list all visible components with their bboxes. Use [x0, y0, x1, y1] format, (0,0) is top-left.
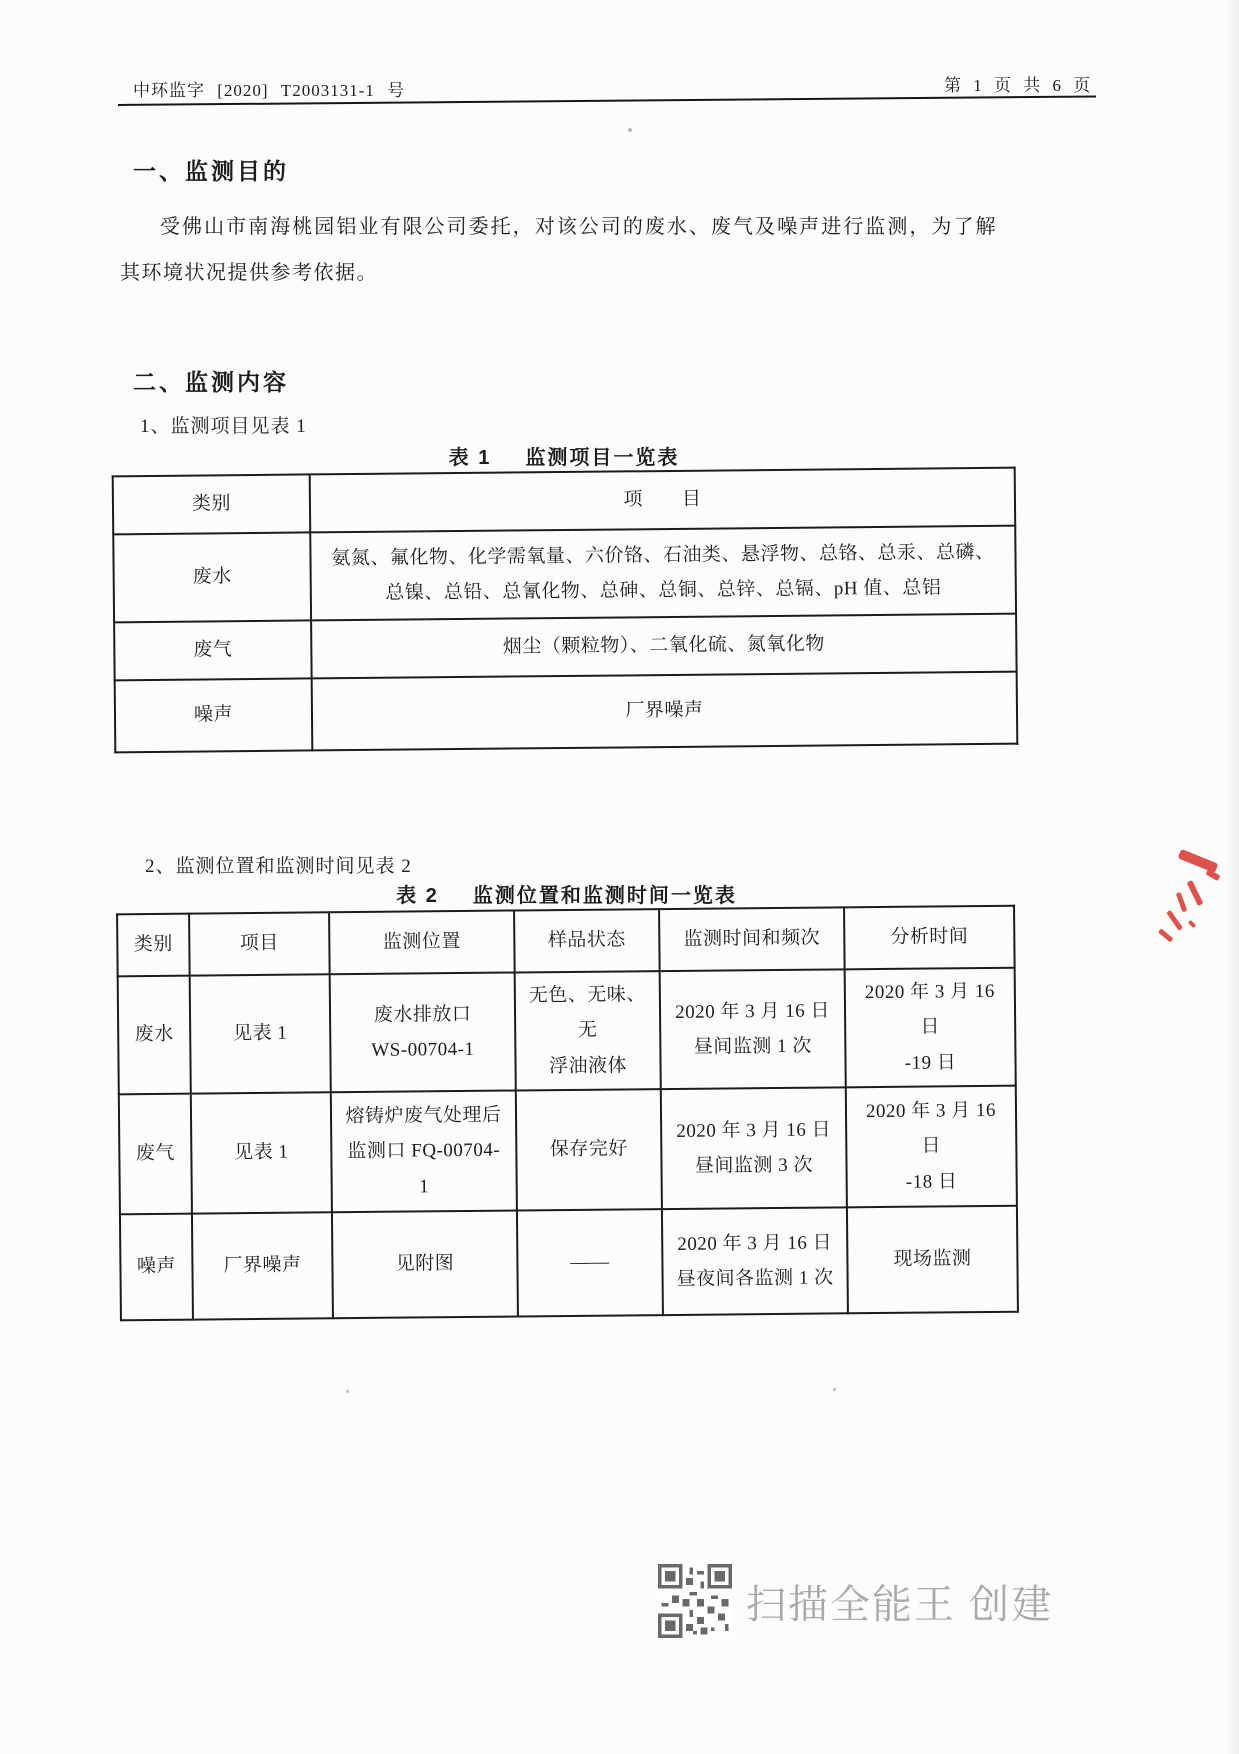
table2-col-monitor-time: 监测时间和频次 [659, 907, 845, 971]
table2-row0-category: 废水 [118, 976, 191, 1095]
page-indicator: 第 1 页 共 6 页 [944, 71, 1092, 96]
table2-caption-label: 表 2 [396, 885, 439, 907]
table2-row1-analysis-time: 2020 年 3 月 16 日 -18 日 [846, 1086, 1017, 1208]
purpose-paragraph: 受佛山市南海桃园铝业有限公司委托，对该公司的废水、废气及噪声进行监测，为了解其环… [120, 204, 997, 296]
table2-col-project: 项目 [189, 912, 330, 975]
table2-caption: 表 2监测位置和监测时间一览表 [118, 879, 1015, 908]
table2-row0-location: 废水排放口 WS-00704-1 [330, 973, 516, 1093]
table-row: 噪声 厂界噪声 [115, 672, 1018, 753]
table2-row2-monitor-time: 2020 年 3 月 16 日 昼夜间各监测 1 次 [662, 1207, 848, 1315]
table-row: 废水 见表 1 废水排放口 WS-00704-1 无色、无味、无 浮油液体 20… [118, 968, 1016, 1095]
table2-locations-times: 类别 项目 监测位置 样品状态 监测时间和频次 分析时间 废水 见表 1 废水排… [116, 905, 1019, 1322]
table2-row2-sample-state: —— [517, 1209, 663, 1316]
table1-caption-label: 表 1 [449, 447, 492, 469]
table2-row2-category: 噪声 [120, 1214, 193, 1321]
table2-row0-analysis-time: 2020 年 3 月 16 日 -19 日 [845, 968, 1016, 1088]
table2-row1-sample-state: 保存完好 [516, 1089, 662, 1210]
scan-speck [346, 1390, 349, 1393]
table1-header-row: 类别 项 目 [113, 468, 1016, 535]
scan-speck [833, 1388, 836, 1391]
section-heading-purpose: 一、监测目的 [133, 153, 289, 186]
table2-col-location: 监测位置 [329, 911, 515, 975]
scanned-document-page: 中环监字 [2020] T2003131-1 号 第 1 页 共 6 页 一、监… [0, 0, 1239, 1754]
subitem-monitoring-projects: 1、监测项目见表 1 [140, 411, 307, 438]
camscanner-watermark: 扫描全能王 创建 [658, 1564, 1053, 1638]
table2-col-sample-state: 样品状态 [514, 909, 660, 972]
table1-row0-category: 废水 [113, 532, 311, 622]
table2-row0-sample-state: 无色、无味、无 浮油液体 [515, 971, 661, 1090]
table1-monitoring-projects: 类别 项 目 废水 氨氮、氟化物、化学需氧量、六价铬、石油类、悬浮物、总铬、总汞… [112, 467, 1019, 754]
document-number: 中环监字 [2020] T2003131-1 号 [133, 76, 405, 101]
table2-row2-analysis-time: 现场监测 [847, 1206, 1018, 1314]
table-row: 废水 氨氮、氟化物、化学需氧量、六价铬、石油类、悬浮物、总铬、总汞、总磷、总镍、… [113, 526, 1016, 623]
table1-caption-title: 监测项目一览表 [525, 447, 679, 469]
red-stamp-fragment-icon [1148, 838, 1238, 953]
scan-speck [628, 128, 632, 132]
table2-col-category: 类别 [117, 914, 190, 977]
table2-row1-category: 废气 [119, 1094, 192, 1215]
table2-row0-project: 见表 1 [190, 974, 331, 1093]
table1-row1-category: 废气 [114, 620, 312, 680]
subitem-monitoring-locations: 2、监测位置和监测时间见表 2 [145, 851, 412, 878]
table1-col-items: 项 目 [310, 468, 1016, 533]
table1-caption: 表 1监测项目一览表 [113, 441, 1015, 470]
table1-row0-items: 氨氮、氟化物、化学需氧量、六价铬、石油类、悬浮物、总铬、总汞、总磷、总镍、总铅、… [310, 526, 1016, 621]
table1-row2-category: 噪声 [115, 678, 313, 752]
table2-col-analysis-time: 分析时间 [844, 906, 1015, 970]
table2-row1-location: 熔铸炉废气处理后 监测口 FQ-00704-1 [331, 1090, 517, 1212]
table1-row1-items: 烟尘（颗粒物）、二氧化硫、氮氧化物 [311, 614, 1017, 679]
watermark-text: 扫描全能王 创建 [746, 1573, 1053, 1630]
qr-code-icon [658, 1564, 732, 1638]
table-row: 废气 烟尘（颗粒物）、二氧化硫、氮氧化物 [114, 614, 1017, 681]
table2-row1-project: 见表 1 [191, 1092, 332, 1213]
table2-caption-title: 监测位置和监测时间一览表 [473, 885, 737, 907]
table-row: 噪声 厂界噪声 见附图 —— 2020 年 3 月 16 日 昼夜间各监测 1 … [120, 1206, 1018, 1321]
section-heading-content: 二、监测内容 [133, 364, 289, 397]
table2-row2-location: 见附图 [332, 1210, 518, 1318]
table2-row2-project: 厂界噪声 [192, 1212, 333, 1319]
table2-row0-monitor-time: 2020 年 3 月 16 日 昼间监测 1 次 [660, 969, 846, 1089]
table-row: 废气 见表 1 熔铸炉废气处理后 监测口 FQ-00704-1 保存完好 202… [119, 1086, 1017, 1215]
table1-col-category: 类别 [113, 474, 311, 534]
table1-row2-items: 厂界噪声 [312, 672, 1018, 751]
table2-header-row: 类别 项目 监测位置 样品状态 监测时间和频次 分析时间 [117, 906, 1015, 977]
table2-row1-monitor-time: 2020 年 3 月 16 日 昼间监测 3 次 [661, 1087, 847, 1209]
